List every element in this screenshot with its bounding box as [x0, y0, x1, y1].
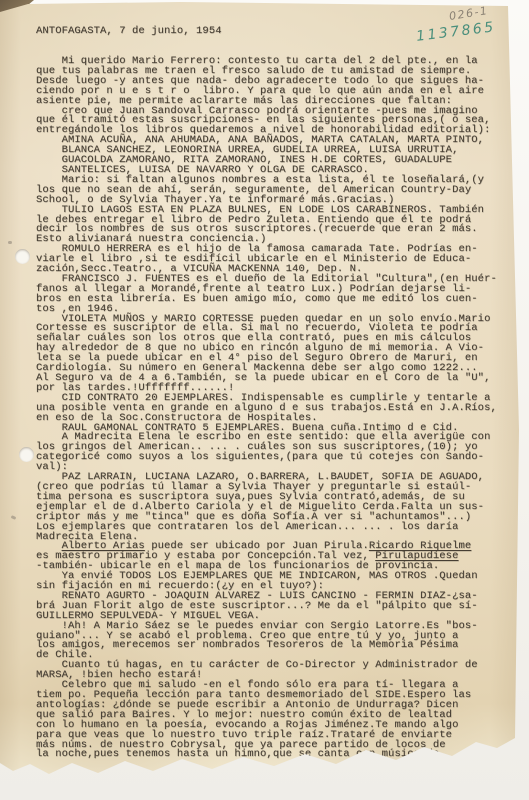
paragraph-romulo-herrera: ROMULO HERRERA es el hijo de la famosa c…: [36, 245, 514, 275]
paragraph-tulio-lagos: TULIO LAGOS ESTA EN PLAZA BULNES, EN LOD…: [36, 206, 514, 246]
letter-body: Mi querido Mario Ferrero: contesto tu ca…: [36, 57, 514, 760]
dateline: ANTOFAGASTA, 7 de junio, 1954: [36, 26, 514, 36]
paragraph-violeta-cortesse: VIOLETA MUÑOS y MARIO CORTESSE pueden qu…: [36, 315, 514, 394]
paragraph-madrecita-elena: A Madrecita Elena le escribo en este sen…: [36, 433, 514, 473]
paragraph-greeting: Mi querido Mario Ferrero: contesto tu ca…: [36, 57, 514, 107]
paragraph-francisco-fuentes: FRANCISCO J. FUENTES es el dueño de la E…: [36, 275, 514, 315]
paragraph-sandoval: creo que Juan Sandoval Carrasco podrá or…: [36, 107, 514, 137]
punch-hole: [15, 249, 30, 264]
paragraph-mario-saez: !Ah! A Mario Sáez se le puedes enviar co…: [36, 622, 514, 662]
letter-page: 026-1 1137865 ANTOFAGASTA, 7 de junio, 1…: [0, 0, 522, 782]
pencil-mark: [8, 241, 12, 244]
paragraph-subscriber-names: AMINA ACUÑA, ANA AHUMADA, ANA BAÑADOS, M…: [36, 136, 514, 176]
pencil-mark: [11, 515, 17, 520]
letter-content: ANTOFAGASTA, 7 de junio, 1954 Mi querido…: [36, 26, 514, 760]
paragraph-alberto-arias: Alberto Arias puede ser ubicado por Juan…: [36, 542, 514, 572]
paragraph-cid-contrato: CID CONTRATO 20 EJEMPLARES. Indispensabl…: [36, 394, 514, 424]
paragraph-envio-ejemplares: Ya envié TODOS LOS EJEMPLARES QUE ME IND…: [36, 572, 514, 592]
paragraph-missing-names: Mario: si faltan algunos nombres a esta …: [36, 176, 514, 206]
punch-hole: [19, 447, 34, 462]
paragraph-renato-agurto: RENATO AGURTO - JOAQUIN ALVAREZ - LUIS C…: [36, 592, 514, 622]
letter-scan: 026-1 1137865 ANTOFAGASTA, 7 de junio, 1…: [0, 0, 529, 800]
paragraph-paz-larrain: PAZ LARRAIN, LUCIANA LAZARO, O.BARRERA, …: [36, 473, 514, 542]
paragraph-despedida: Celebro que mi saludo -en el fondo sólo …: [36, 681, 514, 760]
